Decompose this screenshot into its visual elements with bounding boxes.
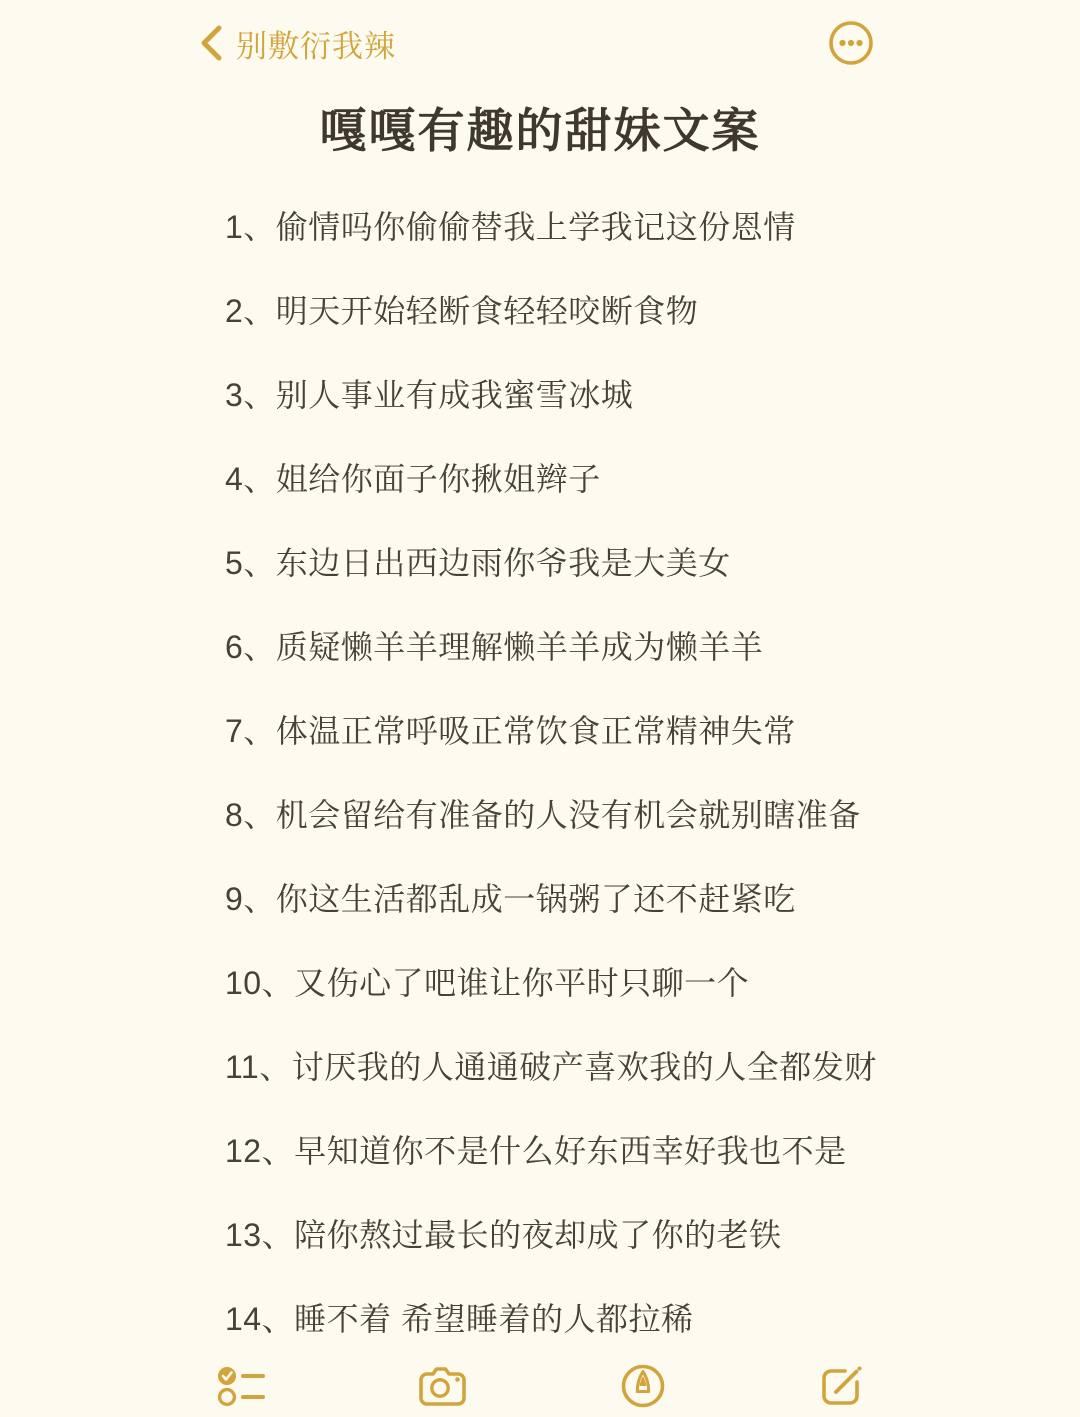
compose-icon [818, 1363, 866, 1409]
chevron-left-icon [198, 23, 224, 63]
ellipsis-circle-icon [827, 19, 875, 67]
list-item: 11、讨厌我的人通通破产喜欢我的人全都发财 [225, 1025, 960, 1109]
markup-icon [620, 1363, 666, 1409]
list-item: 5、东边日出西边雨你爷我是大美女 [225, 521, 960, 605]
list-item: 1、偷情吗你偷偷替我上学我记这份恩情 [225, 185, 960, 269]
list-item: 10、又伤心了吧谁让你平时只聊一个 [225, 941, 960, 1025]
list-item: 13、陪你熬过最长的夜却成了你的老铁 [225, 1193, 960, 1277]
list-item: 12、早知道你不是什么好东西幸好我也不是 [225, 1109, 960, 1193]
navigation-bar: 别敷衍我辣 [0, 0, 1080, 68]
list-item: 6、质疑懒羊羊理解懒羊羊成为懒羊羊 [225, 605, 960, 689]
markup-button[interactable] [620, 1363, 666, 1409]
list-item: 9、你这生活都乱成一锅粥了还不赶紧吃 [225, 857, 960, 941]
camera-icon [419, 1364, 469, 1408]
list-item: 4、姐给你面子你揪姐辫子 [225, 437, 960, 521]
copy-list: 1、偷情吗你偷偷替我上学我记这份恩情 2、明天开始轻断食轻轻咬断食物 3、别人事… [0, 185, 1080, 1361]
checklist-button[interactable] [217, 1364, 267, 1408]
page-title: 嘎嘎有趣的甜妹文案 [0, 94, 1080, 161]
back-button-label: 别敷衍我辣 [236, 21, 396, 66]
more-options-button[interactable] [827, 19, 875, 67]
back-button[interactable]: 别敷衍我辣 [198, 21, 396, 66]
camera-button[interactable] [419, 1364, 469, 1408]
bottom-toolbar [0, 1363, 1080, 1409]
list-item: 8、机会留给有准备的人没有机会就别瞎准备 [225, 773, 960, 857]
list-item: 7、体温正常呼吸正常饮食正常精神失常 [225, 689, 960, 773]
list-item: 2、明天开始轻断食轻轻咬断食物 [225, 269, 960, 353]
notes-app-page: 别敷衍我辣 嘎嘎有趣的甜妹文案 1、偷情吗你偷偷替我上学我记这份恩情 2、明天开… [0, 0, 1080, 1417]
compose-button[interactable] [818, 1363, 866, 1409]
list-item: 14、睡不着 希望睡着的人都拉稀 [225, 1277, 960, 1361]
list-item: 3、别人事业有成我蜜雪冰城 [225, 353, 960, 437]
checklist-icon [217, 1364, 267, 1408]
